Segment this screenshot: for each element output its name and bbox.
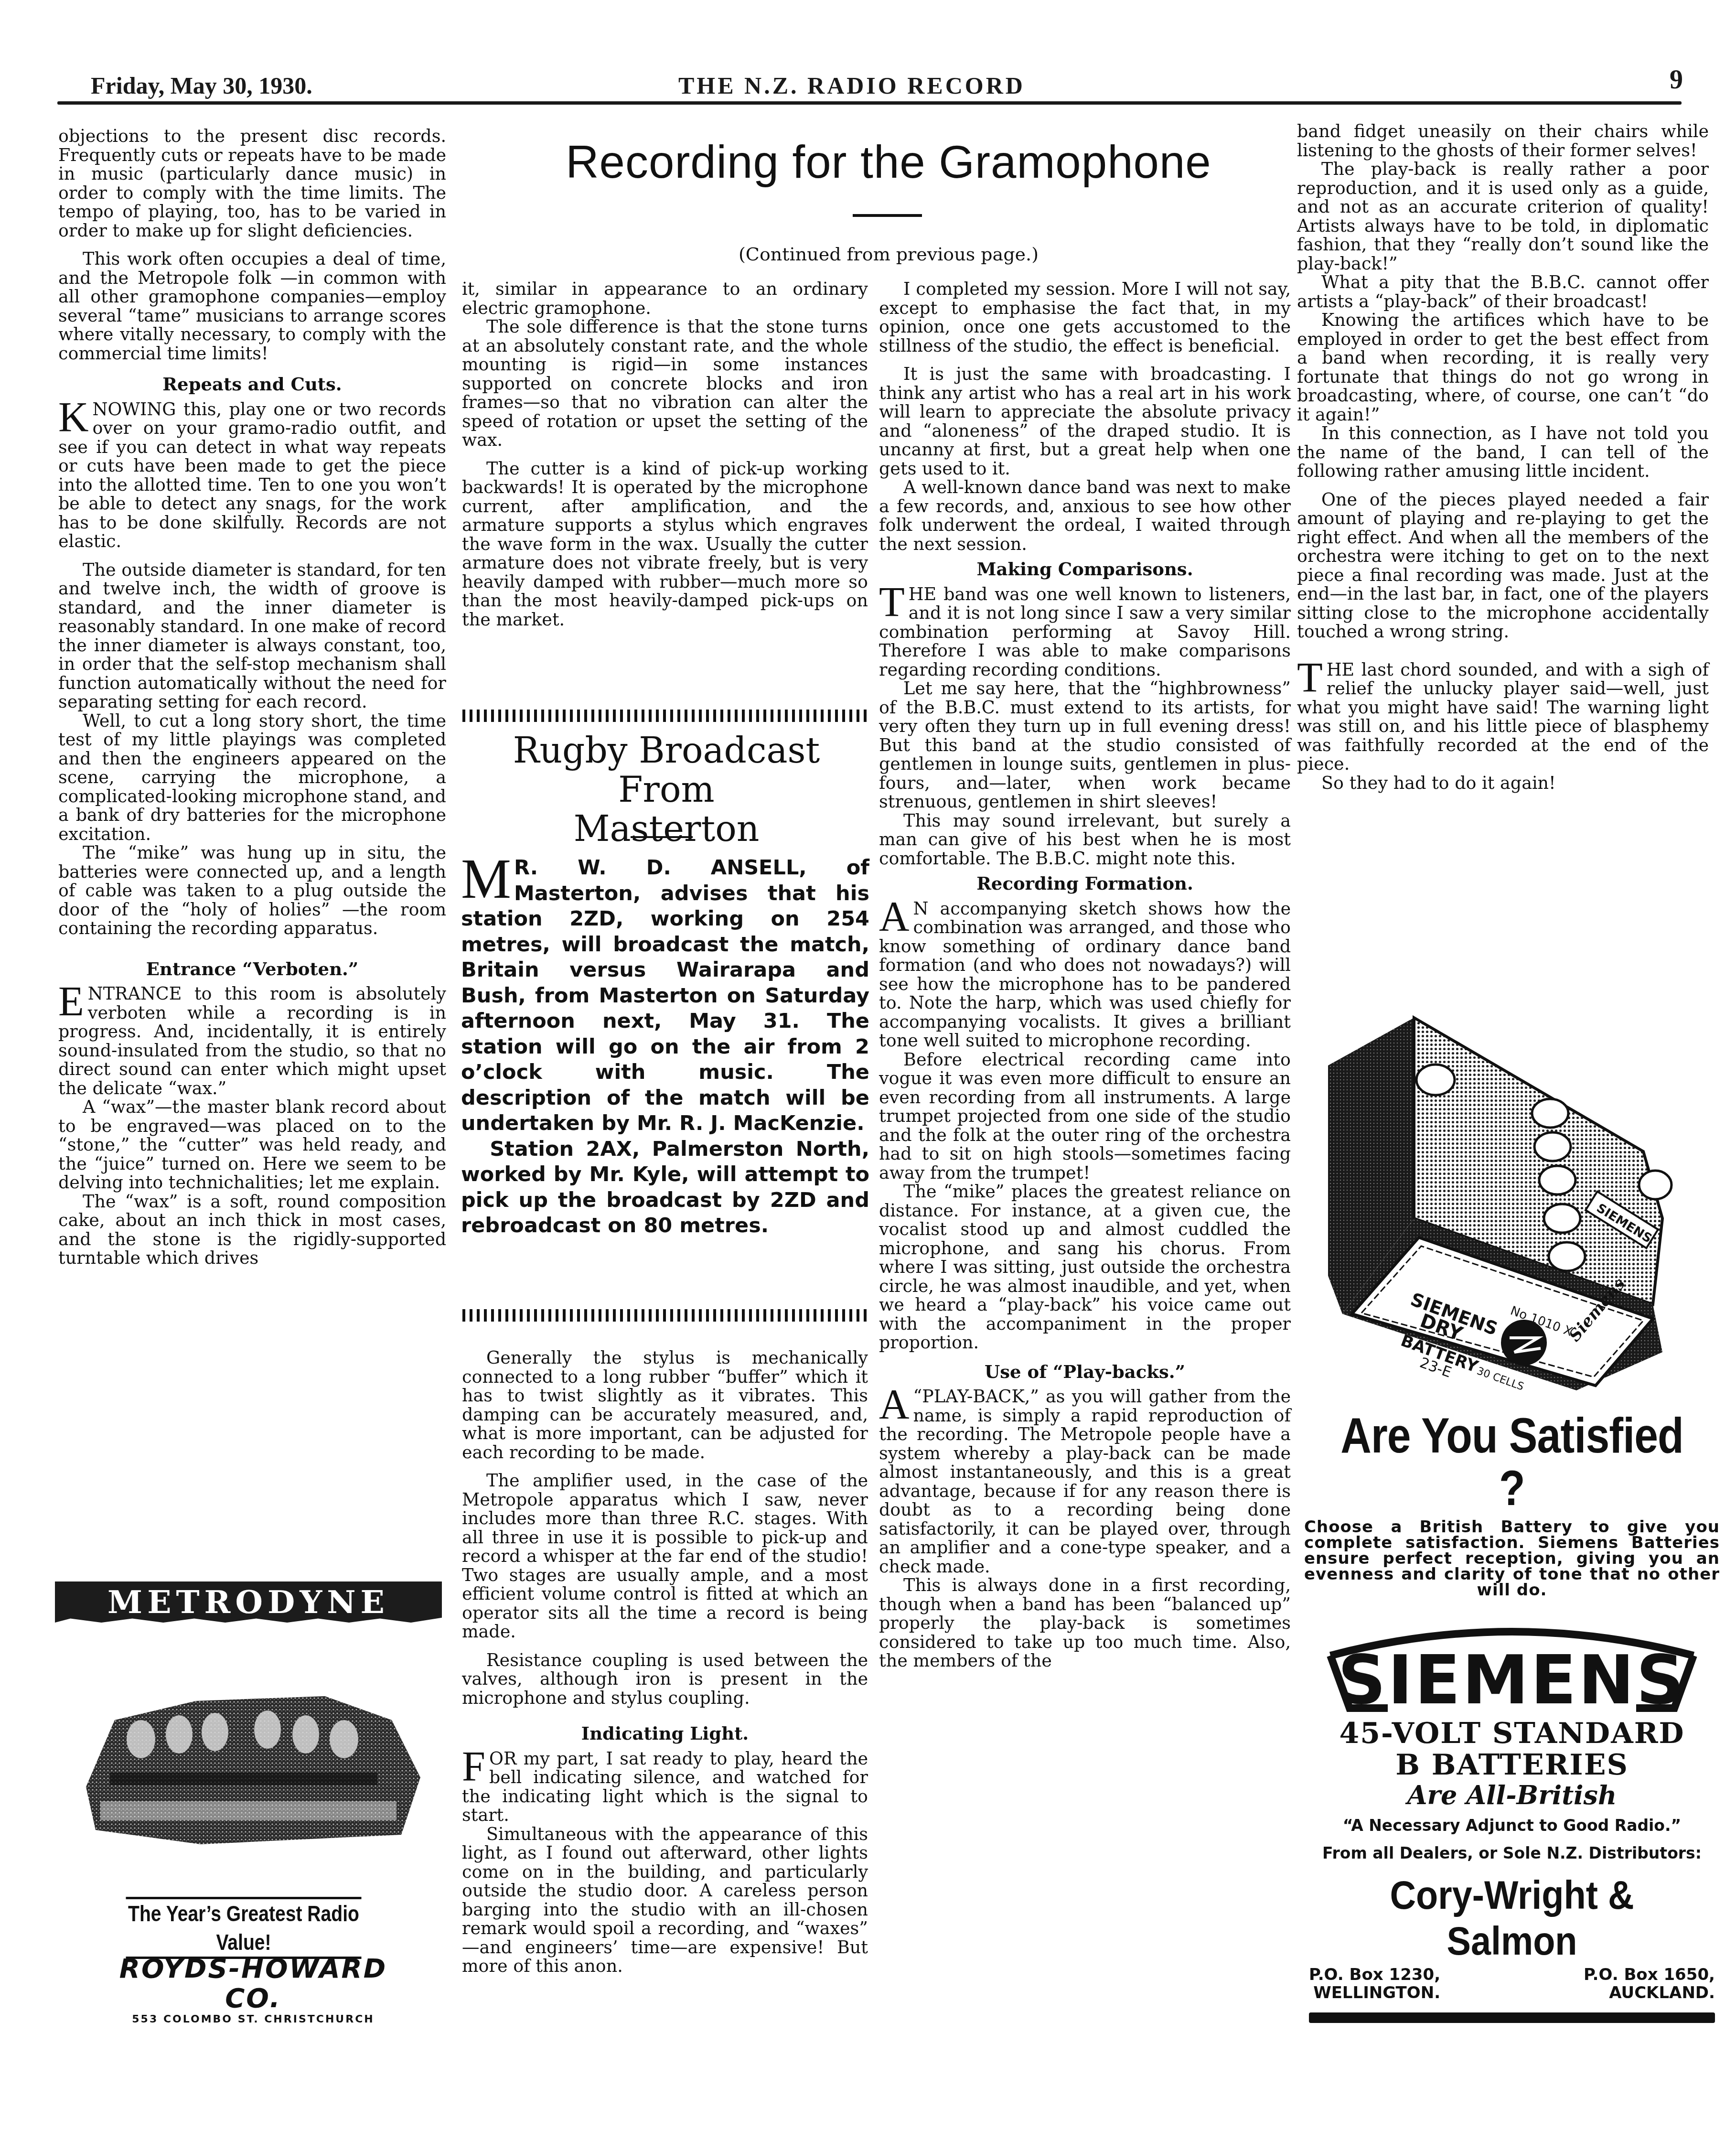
subheading-use-of-play-backs: Use of “Play-backs.” — [879, 1363, 1291, 1382]
title-divider — [853, 214, 922, 217]
drop-cap: A — [879, 1388, 910, 1421]
siemens-logo: SIEMENS — [1321, 1617, 1703, 1713]
rugby-body: MR. W. D. ANSELL, of Masterton, advises … — [461, 855, 869, 1239]
article-column-1: objections to the present disc records. … — [58, 127, 446, 1268]
article-column-2-top: it, similar in appearance to an ordinary… — [462, 280, 868, 629]
masthead-date: Friday, May 30, 1930. — [91, 72, 312, 99]
paragraph: The outside diameter is standard, for te… — [58, 560, 446, 711]
drop-cap: M — [461, 857, 511, 901]
paragraph: MR. W. D. ANSELL, of Masterton, advises … — [461, 855, 869, 1137]
rugby-box-bottom-rule — [462, 1309, 868, 1322]
paragraph: Resistance coupling is used between the … — [462, 1651, 868, 1708]
dry-battery-illustration: SIEMENS DRY BATTERY 23-E No 1010 X 30 CE… — [1309, 1008, 1701, 1395]
article-column-4: band fidget uneasily on their chairs whi… — [1297, 122, 1709, 792]
radio-receiver-illustration — [57, 1663, 435, 1863]
paragraph: This may sound irrelevant, but surely a … — [879, 811, 1291, 868]
article-column-3: I completed my session. More I will not … — [879, 280, 1291, 1670]
paragraph: Generally the stylus is mechanically con… — [462, 1348, 868, 1462]
paragraph: Station 2AX, Palmerston North, worked by… — [461, 1137, 869, 1239]
paragraph: The sole difference is that the stone tu… — [462, 317, 868, 450]
paragraph: The amplifier used, in the case of the M… — [462, 1471, 868, 1641]
metrodyne-brand-banner: METRODYNE — [55, 1581, 442, 1623]
paragraph: The play-back is really rather a poor re… — [1297, 160, 1709, 273]
subheading-entrance-verboten: Entrance “Verboten.” — [58, 960, 446, 979]
paragraph: One of the pieces played needed a fair a… — [1297, 490, 1709, 641]
paragraph: KNOWING this, play one or two records ov… — [58, 400, 446, 551]
article-column-2-bottom: Generally the stylus is mechanically con… — [462, 1348, 868, 1976]
drop-cap: A — [879, 900, 910, 934]
ad-slogan: “A Necessary Adjunct to Good Radio.” — [1299, 1816, 1725, 1835]
subheading-repeats-and-cuts: Repeats and Cuts. — [58, 375, 446, 394]
ad-copy: Choose a British Battery to give you com… — [1304, 1519, 1720, 1598]
masthead-rule — [57, 101, 1682, 105]
paragraph: The “mike” was hung up in situ, the batt… — [58, 843, 446, 938]
drop-cap: K — [58, 401, 89, 434]
paragraph: Let me say here, that the “highbrowness”… — [879, 679, 1291, 811]
paragraph: It is just the same with broadcasting. I… — [879, 365, 1291, 478]
rugby-box-top-rule — [462, 710, 868, 722]
paragraph: band fidget uneasily on their chairs whi… — [1297, 122, 1709, 160]
drop-cap: F — [462, 1750, 485, 1784]
paragraph: The “wax” is a soft, round composition c… — [58, 1192, 446, 1268]
paragraph: What a pity that the B.B.C. cannot offer… — [1297, 273, 1709, 311]
paragraph: objections to the present disc records. … — [58, 127, 446, 240]
paragraph: The cutter is a kind of pick-up working … — [462, 459, 868, 629]
product-line-2: B BATTERIES — [1299, 1749, 1725, 1781]
paragraph: it, similar in appearance to an ordinary… — [462, 280, 868, 317]
continued-note: (Continued from previous page.) — [502, 244, 1275, 265]
metrodyne-tagline: The Year’s Greatest Radio Value! — [126, 1897, 362, 1959]
all-british: Are All-British — [1299, 1781, 1725, 1809]
subheading-making-comparisons: Making Comparisons. — [879, 560, 1291, 579]
paragraph: Before electrical recording came into vo… — [879, 1050, 1291, 1183]
paragraph: A well-known dance band was next to make… — [879, 478, 1291, 553]
drop-cap: T — [1297, 661, 1323, 695]
address-auckland: P.O. Box 1650, AUCKLAND. — [1584, 1966, 1715, 2002]
paragraph: THE last chord sounded, and with a sigh … — [1297, 660, 1709, 774]
siemens-battery-ad: Are You Satisfied ? Choose a British Bat… — [1299, 1409, 1725, 2023]
paragraph: AN accompanying sketch shows how the com… — [879, 899, 1291, 1050]
dealer-address: 553 COLOMBO ST. CHRISTCHURCH — [91, 2013, 416, 2025]
paragraph: Well, to cut a long story short, the tim… — [58, 711, 446, 844]
siemens-logo-arc-icon: SIEMENS — [1321, 1617, 1703, 1713]
paragraph: A“PLAY-BACK,” as you will gather from th… — [879, 1387, 1291, 1576]
subheading-recording-formation: Recording Formation. — [879, 874, 1291, 893]
paragraph: FOR my part, I sat ready to play, heard … — [462, 1749, 868, 1825]
masthead-publication: THE N.Z. RADIO RECORD — [678, 72, 1025, 99]
paragraph: I completed my session. More I will not … — [879, 280, 1291, 355]
distributor-addresses: P.O. Box 1230, WELLINGTON. P.O. Box 1650… — [1309, 1966, 1715, 2002]
page-number: 9 — [1670, 65, 1683, 95]
paragraph: A “wax”—the master blank record about to… — [58, 1097, 446, 1192]
product-line-1: 45-VOLT STANDARD — [1299, 1718, 1725, 1749]
rugby-divider — [631, 836, 693, 838]
subheading-indicating-light: Indicating Light. — [462, 1724, 868, 1743]
metrodyne-dealer: ROYDS-HOWARD CO. 553 COLOMBO ST. CHRISTC… — [91, 1954, 416, 2025]
svg-text:SIEMENS: SIEMENS — [1338, 1642, 1686, 1713]
paragraph: So they had to do it again! — [1297, 774, 1709, 793]
distributor-name: Cory-Wright & Salmon — [1321, 1872, 1704, 1964]
drop-cap: E — [58, 985, 84, 1019]
paragraph: Simultaneous with the appearance of this… — [462, 1825, 868, 1976]
dealers-note: From all Dealers, or Sole N.Z. Distribut… — [1299, 1843, 1725, 1863]
ad-bottom-bar — [1309, 2012, 1715, 2023]
rugby-headline: Rugby Broadcast From Masterton — [461, 731, 872, 849]
paragraph: This is always done in a first recording… — [879, 1576, 1291, 1670]
ad-headline: Are You Satisfied ? — [1329, 1409, 1694, 1515]
drop-cap: T — [879, 586, 905, 619]
paragraph: This work often occupies a deal of time,… — [58, 249, 446, 363]
paragraph: The “mike” places the greatest reliance … — [879, 1182, 1291, 1352]
paragraph: Knowing the artifices which have to be e… — [1297, 311, 1709, 424]
paragraph: ENTRANCE to this room is absolutely verb… — [58, 984, 446, 1097]
paragraph: THE band was one well known to listeners… — [879, 585, 1291, 679]
address-wellington: P.O. Box 1230, WELLINGTON. — [1309, 1966, 1440, 2002]
dealer-name: ROYDS-HOWARD CO. — [91, 1954, 416, 2013]
article-title: Recording for the Gramophone — [502, 136, 1275, 189]
paragraph: In this connection, as I have not told y… — [1297, 424, 1709, 481]
